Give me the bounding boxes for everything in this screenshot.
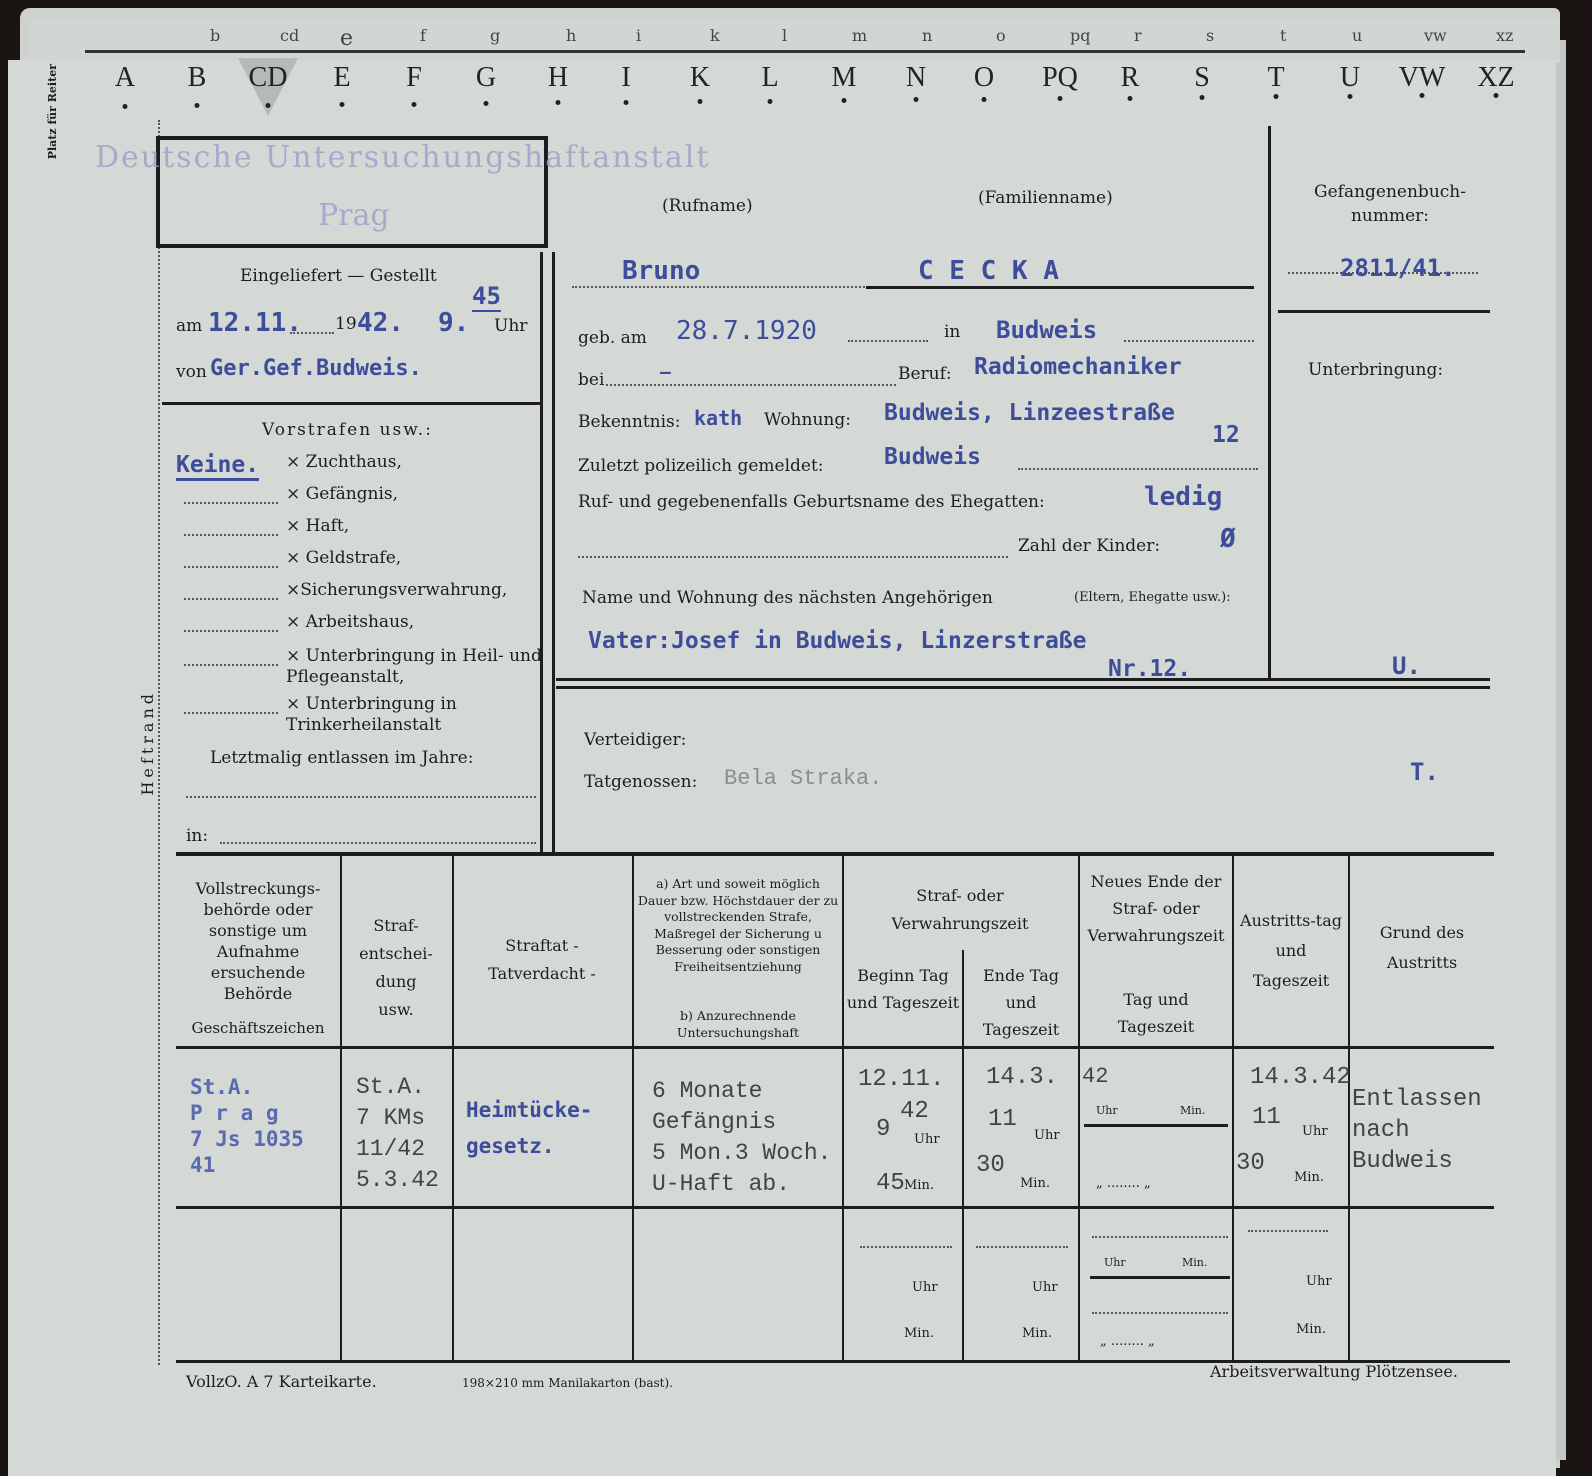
col-divider: [452, 856, 454, 1360]
angehoerige-label: Name und Wohnung des nächsten Angehörige…: [582, 588, 993, 608]
beruf-label: Beruf:: [898, 364, 952, 384]
tab-dot: [340, 102, 345, 107]
last-release-label: Letztmalig entlassen im Jahre:: [210, 748, 473, 768]
header-beginn: Beginn Tag und Tageszeit: [846, 962, 960, 1016]
header-straftat: Straftat - Tatverdacht -: [462, 932, 622, 988]
tab-dot: [484, 101, 489, 106]
dotted-line: [572, 286, 868, 288]
tab-dot: [266, 103, 271, 108]
back-tab-letter: u: [1352, 26, 1362, 45]
row2-beginn-uhr: Uhr: [912, 1280, 938, 1295]
row2-neues-uhr: Uhr: [1104, 1256, 1126, 1269]
header-strafzeit: Straf- oder Verwahrungszeit: [860, 882, 1060, 938]
col-divider: [1232, 856, 1234, 1360]
intake-divider: [162, 402, 540, 405]
tab-letter-n[interactable]: N: [906, 62, 926, 94]
prior-item: × Haft,: [286, 516, 542, 537]
ehegatte-value: ledig: [1144, 482, 1222, 512]
col-divider: [1348, 856, 1350, 1360]
rufname-label: (Rufname): [662, 196, 753, 216]
tab-letter-l[interactable]: L: [761, 62, 778, 94]
institution-stamp-line1: Deutsche Untersuchungshaftanstalt: [95, 140, 710, 175]
row1-beginn-min: 45: [876, 1170, 905, 1197]
row2-ende-uhr: Uhr: [1032, 1280, 1058, 1295]
tab-dot: [123, 104, 128, 109]
intake-uhr-label: Uhr: [494, 316, 527, 336]
row1-ende-uhr: Uhr: [1034, 1128, 1060, 1143]
polizeilich-label: Zuletzt polizeilich gemeldet:: [578, 456, 824, 476]
cell-line: Heimtücke-: [466, 1092, 592, 1128]
row1-beginn-hour: 9: [876, 1116, 890, 1143]
row1-grund: EntlassennachBudweis: [1352, 1084, 1482, 1177]
cell-line: St.A.: [356, 1072, 439, 1103]
dotted-line: [1092, 1312, 1228, 1314]
name-underline: [866, 286, 1254, 289]
row2-austritt-uhr: Uhr: [1306, 1274, 1332, 1289]
dotted-line: [606, 384, 896, 386]
back-tab-letter: t: [1280, 26, 1286, 45]
row1-austritt-uhr: Uhr: [1302, 1124, 1328, 1139]
row1-beginn-date: 12.11.: [858, 1066, 944, 1093]
row1-austritt-min: 30: [1236, 1150, 1265, 1177]
cell-line: 41: [190, 1152, 304, 1178]
tab-letter-i[interactable]: I: [621, 62, 630, 94]
table-header-rule: [176, 1046, 1494, 1049]
col-divider: [632, 856, 634, 1360]
familienname-label: (Familienname): [978, 188, 1113, 208]
prior-dotted-field: [184, 712, 278, 714]
back-tab-letter: o: [996, 26, 1006, 45]
prior-item: × Unterbringung in Heil- und Pflegeansta…: [286, 646, 542, 688]
dotted-line: [1124, 340, 1254, 342]
intake-year: 42.: [357, 308, 404, 338]
prior-item: ×Sicherungsverwahrung,: [286, 580, 542, 601]
back-card-rule: [85, 50, 1525, 53]
tab-dot: [768, 99, 773, 104]
row2-austritt-min: Min.: [1296, 1322, 1326, 1337]
intake-am-label: am: [176, 316, 202, 336]
verteidiger-label: Verteidiger:: [584, 730, 686, 750]
cell-line: 5.3.42: [356, 1165, 439, 1196]
edge-label-heftrand: Heftrand: [138, 690, 157, 796]
unterbringung-label: Unterbringung:: [1308, 360, 1443, 380]
dotted-line: [578, 556, 1008, 558]
row1-art: 6 MonateGefängnis5 Mon.3 Woch.U-Haft ab.: [652, 1076, 831, 1200]
last-release-year-field: [186, 796, 536, 798]
tab-dot: [412, 102, 417, 107]
birthplace-value: Budweis: [996, 316, 1097, 344]
row1-behoerde: St.A.P r a g7 Js 103541: [190, 1074, 304, 1178]
cell-line: 11/42: [356, 1134, 439, 1165]
binding-margin-line: [158, 120, 160, 1365]
prior-item: × Arbeitshaus,: [286, 612, 542, 633]
intake-year-prefix: 19: [335, 314, 357, 334]
cell-line: P r a g: [190, 1100, 304, 1126]
prior-item: × Gefängnis,: [286, 484, 542, 505]
row2-beginn-min: Min.: [904, 1326, 934, 1341]
tab-dot: [1348, 94, 1353, 99]
back-tab-letter: f: [420, 26, 426, 45]
back-tab-letter: i: [636, 26, 641, 45]
angehoerige-hint: (Eltern, Ehegatte usw.):: [1074, 590, 1231, 605]
prior-item: × Unterbringung in Trinkerheilanstalt: [286, 694, 542, 736]
tab-letter-r[interactable]: R: [1121, 62, 1140, 94]
tab-letter-xz[interactable]: XZ: [1477, 62, 1514, 94]
intake-von-label: von: [176, 362, 207, 382]
tab-dot: [982, 97, 987, 102]
wohnung-label: Wohnung:: [764, 410, 851, 430]
edge-label-top: Platz für Reiter: [46, 64, 59, 159]
tab-letter-vw[interactable]: VW: [1399, 62, 1446, 94]
intake-date: 12.11.: [208, 308, 302, 338]
back-tab-letter: r: [1134, 26, 1142, 45]
tab-letter-g[interactable]: G: [476, 62, 496, 94]
institution-stamp-line2: Prag: [318, 198, 390, 233]
tab-dot: [1274, 94, 1279, 99]
ehegatte-label: Ruf- und gegebenenfalls Geburtsname des …: [578, 492, 1045, 512]
table-top-rule: [176, 852, 1494, 856]
header-austritt: Austritts-tag und Tageszeit: [1236, 906, 1346, 996]
prior-item: × Zuchthaus,: [286, 452, 542, 473]
tab-dot: [1420, 93, 1425, 98]
cell-line: 7 KMs: [356, 1103, 439, 1134]
dotted-line: [1018, 468, 1258, 470]
row1-ende-date: 14.3.: [986, 1064, 1058, 1091]
intake-von-value: Ger.Gef.Budweis.: [210, 356, 422, 381]
tab-letter-s[interactable]: S: [1194, 62, 1210, 94]
last-release-place-field: [220, 842, 536, 844]
kinder-value: Ø: [1220, 524, 1236, 554]
row2-ende-min: Min.: [1022, 1326, 1052, 1341]
cell-line: Gefängnis: [652, 1107, 831, 1138]
cell-line: Budweis: [1352, 1146, 1482, 1177]
col-divider: [962, 950, 964, 1360]
back-card-tab-strip: [30, 18, 1560, 63]
row1-ende-min-label: Min.: [1020, 1176, 1050, 1191]
back-tab-letter: b: [210, 26, 220, 45]
tab-letter-t[interactable]: T: [1267, 62, 1284, 94]
dotted-line: [290, 332, 334, 334]
buchnummer-label: Gefangenenbuch-nummer:: [1290, 180, 1490, 228]
angehoerige-value: Vater:Josef in Budweis, Linzerstraße: [588, 628, 1087, 654]
intake-minutes: 45: [472, 282, 501, 312]
row2-neues-min: Min.: [1182, 1256, 1207, 1269]
prior-dotted-field: [184, 534, 278, 536]
row1-austritt-min-label: Min.: [1294, 1170, 1324, 1185]
tab-letter-k[interactable]: K: [690, 62, 710, 94]
back-tab-letter: xz: [1496, 26, 1513, 45]
polizeilich-value: Budweis: [884, 444, 981, 470]
back-tab-letter: l: [782, 26, 787, 45]
middle-left-divider: [552, 252, 555, 852]
prior-dotted-field: [184, 566, 278, 568]
tab-letter-pq[interactable]: PQ: [1042, 62, 1078, 94]
footer-form-id: VollzO. A 7 Karteikarte.: [186, 1372, 377, 1391]
header-entscheidung: Straf-entschei-dung usw.: [356, 912, 436, 1024]
bekenntnis-value: kath: [694, 406, 742, 430]
wohnung-value: Budweis, Linzeestraße: [884, 400, 1175, 426]
beruf-value: Radiomechaniker: [974, 354, 1182, 380]
tab-letter-f[interactable]: F: [406, 62, 422, 94]
bei-value: —: [660, 362, 671, 383]
cell-line: 6 Monate: [652, 1076, 831, 1107]
neues-ende-divider: [1084, 1124, 1228, 1127]
tatgenossen-label: Tatgenossen:: [584, 772, 697, 792]
col-divider: [340, 856, 342, 1360]
back-tab-letter: vw: [1424, 26, 1447, 45]
tab-dot: [556, 100, 561, 105]
bekenntnis-label: Bekenntnis:: [578, 412, 680, 432]
row1-austritt-hour: 11: [1252, 1104, 1281, 1131]
tab-dot: [1494, 93, 1499, 98]
tab-letter-b[interactable]: B: [188, 62, 207, 94]
geb-value: 28.7.1920: [676, 316, 817, 346]
row1-straftat: Heimtücke-gesetz.: [466, 1092, 592, 1164]
tab-letter-cd[interactable]: CD: [249, 62, 288, 94]
footer-spec: 198×210 mm Manilakarton (bast).: [462, 1376, 673, 1390]
back-tab-letter: n: [922, 26, 932, 45]
prior-dotted-field: [184, 598, 278, 600]
tab-dot: [698, 99, 703, 104]
header-grund: Grund des Austritts: [1352, 918, 1492, 978]
row2-ditto: „ ........ „: [1100, 1334, 1155, 1349]
prior-item: × Geldstrafe,: [286, 548, 542, 569]
familienname-value: C E C K A: [918, 256, 1059, 286]
section-rule-1: [556, 678, 1490, 681]
cell-line: St.A.: [190, 1074, 304, 1100]
dotted-line: [1092, 1236, 1228, 1238]
back-tab-letter: s: [1206, 26, 1214, 45]
t-mark: T.: [1410, 758, 1439, 786]
col-divider: [842, 856, 844, 1360]
header-behoerde: Vollstreckungs-behörde oder sonstige um …: [178, 878, 338, 1004]
tab-dot: [1128, 96, 1133, 101]
dotted-line: [976, 1246, 1068, 1248]
last-release-in-label: in:: [186, 826, 208, 846]
prior-dotted-field: [184, 664, 278, 666]
tab-letter-u[interactable]: U: [1340, 62, 1360, 94]
dotted-line: [1248, 1230, 1328, 1232]
header-neues-ende-sub: Tag und Tageszeit: [1084, 986, 1228, 1040]
section-rule-2: [556, 686, 1490, 689]
row1-austritt-date: 14.3.42: [1250, 1064, 1351, 1091]
tab-letter-o[interactable]: O: [974, 62, 994, 94]
birthplace-label: in: [944, 322, 960, 342]
back-tab-letter: k: [710, 26, 720, 45]
row1-beginn-uhr: Uhr: [914, 1132, 940, 1147]
cell-line: 7 Js 1035: [190, 1126, 304, 1152]
tab-letter-e[interactable]: E: [333, 62, 350, 94]
prior-value: Keine.: [176, 452, 259, 481]
tab-dot: [842, 98, 847, 103]
cell-line: 5 Mon.3 Woch.: [652, 1138, 831, 1169]
tatgenossen-value: Bela Straka.: [724, 766, 882, 791]
table-row1-rule: [176, 1206, 1494, 1209]
back-tab-letter: m: [852, 26, 867, 45]
tab-letter-m[interactable]: M: [832, 62, 857, 94]
u-mark: U.: [1392, 652, 1421, 680]
cell-line: nach: [1352, 1115, 1482, 1146]
row1-beginn-min-label: Min.: [904, 1178, 934, 1193]
geb-label: geb. am: [578, 328, 647, 348]
col-divider: [1078, 856, 1080, 1360]
buchnummer-divider: [1278, 310, 1490, 313]
prior-dotted-field: [184, 502, 278, 504]
cell-line: gesetz.: [466, 1128, 592, 1164]
tab-dot: [914, 97, 919, 102]
wohnung-value-line2: 12: [1212, 422, 1240, 448]
header-art: a) Art und soweit möglich Dauer bzw. Höc…: [636, 876, 840, 975]
row1-neues-ende: 42: [1082, 1064, 1108, 1089]
tab-dot: [195, 103, 200, 108]
right-column-divider: [1268, 126, 1271, 680]
back-tab-letter: pq: [1070, 26, 1090, 45]
back-tab-letter: e: [340, 26, 353, 51]
intake-hour: 9.: [438, 308, 469, 338]
row1-neues-min: Min.: [1180, 1104, 1205, 1117]
buchnummer-value: 2811/41.: [1340, 254, 1456, 282]
prior-dotted-field: [184, 630, 278, 632]
dotted-line: [848, 340, 928, 342]
tab-dot: [624, 100, 629, 105]
rufname-value: Bruno: [622, 256, 700, 286]
row1-entscheidung: St.A.7 KMs11/425.3.42: [356, 1072, 439, 1196]
header-ende: Ende Tag und Tageszeit: [966, 962, 1076, 1043]
bei-label: bei: [578, 370, 604, 390]
neues-ende-divider: [1090, 1276, 1230, 1279]
row1-neues-uhr: Uhr: [1096, 1104, 1118, 1117]
row1-ditto: „ ........ „: [1096, 1176, 1151, 1191]
cell-line: Entlassen: [1352, 1084, 1482, 1115]
back-tab-letter: h: [566, 26, 576, 45]
header-geschaeftszeichen: Geschäftszeichen: [178, 1018, 338, 1039]
prior-heading: Vorstrafen usw.:: [262, 420, 433, 440]
tab-dot: [1200, 95, 1205, 100]
back-tab-letter: g: [490, 26, 500, 45]
intake-heading: Eingeliefert — Gestellt: [240, 266, 437, 286]
dotted-line: [860, 1246, 952, 1248]
tab-letter-a[interactable]: A: [115, 62, 135, 94]
header-untersuchungshaft: b) Anzurechnende Untersuchungshaft: [636, 1008, 840, 1041]
back-tab-letter: cd: [280, 26, 299, 45]
cell-line: U-Haft ab.: [652, 1169, 831, 1200]
row1-ende-min: 30: [976, 1152, 1005, 1179]
row1-ende-hour: 11: [988, 1106, 1017, 1133]
footer-publisher: Arbeitsverwaltung Plötzensee.: [1210, 1362, 1458, 1381]
header-neues-ende: Neues Ende der Straf- oder Verwahrungsze…: [1084, 868, 1228, 949]
tab-dot: [1058, 96, 1063, 101]
kinder-label: Zahl der Kinder:: [1018, 536, 1160, 556]
row1-beginn-year: 42: [900, 1098, 929, 1125]
tab-letter-h[interactable]: H: [548, 62, 568, 94]
